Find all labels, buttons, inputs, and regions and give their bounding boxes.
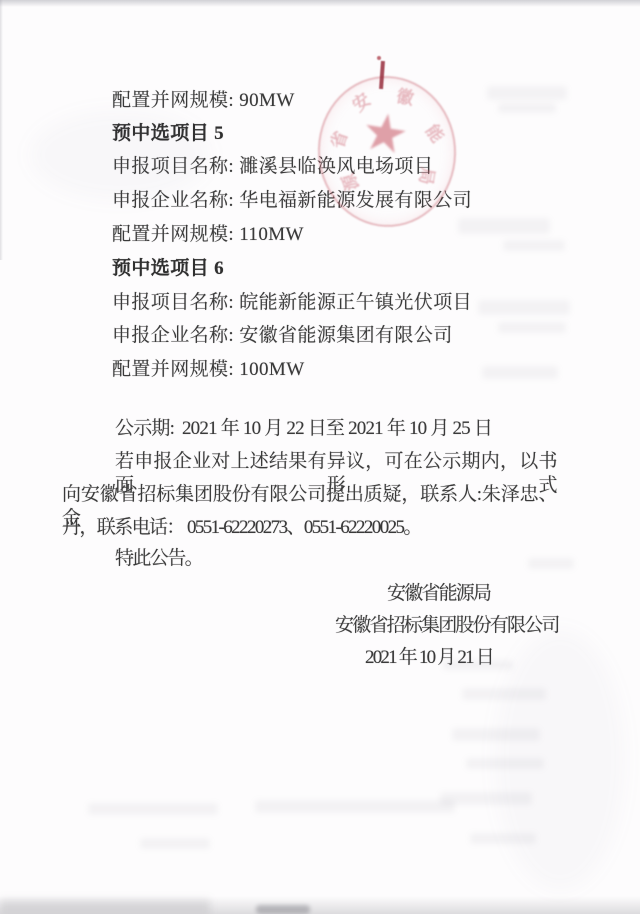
project-5-company-line: 申报企业名称: 华电福新能源发展有限公司	[112, 189, 472, 213]
objection-line-1: 若申报企业对上述结果有异议，可在公示期内，以书面形式	[115, 450, 557, 474]
scan-bottom-notch	[256, 905, 310, 914]
seal-glyph: 省	[327, 127, 352, 152]
seal-glyph: 徽	[393, 86, 417, 110]
seal-glyph: 能	[420, 120, 448, 148]
grid-scale-line-2: 配置并网规模: 110MW	[112, 223, 304, 247]
scan-top-edge	[0, 0, 640, 7]
grid-scale-line-1: 配置并网规模: 90MW	[112, 89, 295, 113]
bleed-through-mark	[255, 800, 455, 813]
bleed-through-mark	[498, 322, 566, 333]
objection-line-3: 丹，联系电话： 0551-62220273、0551-62220025。	[62, 516, 421, 540]
bleed-through-mark	[458, 218, 550, 234]
scan-bottom-shadow	[0, 896, 640, 914]
document-page: 配置并网规模: 90MW 预中选项目 5 申报项目名称: 濉溪县临涣风电场项目 …	[0, 0, 640, 914]
bleed-through-mark	[452, 728, 540, 741]
project-6-heading: 预中选项目 6	[112, 257, 224, 281]
signature-org-energy-bureau: 安徽省能源局	[387, 582, 490, 606]
project-6-company-line: 申报企业名称: 安徽省能源集团有限公司	[112, 324, 453, 348]
grid-scale-line-3: 配置并网规模: 100MW	[112, 358, 305, 382]
scan-left-edge	[0, 0, 3, 260]
bleed-through-mark	[482, 366, 558, 379]
bleed-through-mark	[140, 838, 210, 849]
seal-pen-mark-dot	[377, 56, 381, 60]
project-6-name-line: 申报项目名称: 皖能新能源正午镇光伏项目	[112, 291, 472, 315]
signature-date: 2021 年 10 月 21 日	[365, 646, 493, 670]
publicity-period-line: 公示期: 2021 年 10 月 22 日至 2021 年 10 月 25 日	[115, 417, 492, 441]
bleed-through-mark	[503, 240, 565, 251]
bleed-through-mark	[478, 300, 570, 315]
project-5-name-line: 申报项目名称: 濉溪县临涣风电场项目	[112, 155, 433, 179]
scan-bottom-left-shadow	[0, 899, 210, 914]
signature-org-tendering-group: 安徽省招标集团股份有限公司	[335, 614, 559, 638]
bleed-through-mark	[88, 803, 218, 815]
closing-line: 特此公告。	[115, 547, 202, 571]
objection-line-2: 向安徽省招标集团股份有限公司提出质疑，联系人:朱泽忠、金	[62, 483, 557, 507]
bleed-through-mark	[528, 558, 574, 569]
seal-pen-mark	[379, 61, 385, 89]
bleed-through-mark	[466, 758, 544, 769]
bleed-through-mark	[462, 688, 546, 700]
scan-blob	[495, 630, 625, 890]
bleed-through-mark	[487, 86, 567, 100]
bleed-through-mark	[498, 103, 556, 113]
project-5-heading: 预中选项目 5	[112, 122, 224, 146]
bleed-through-mark	[440, 792, 532, 805]
seal-glyph: 安	[348, 89, 376, 117]
bleed-through-mark	[470, 833, 536, 844]
